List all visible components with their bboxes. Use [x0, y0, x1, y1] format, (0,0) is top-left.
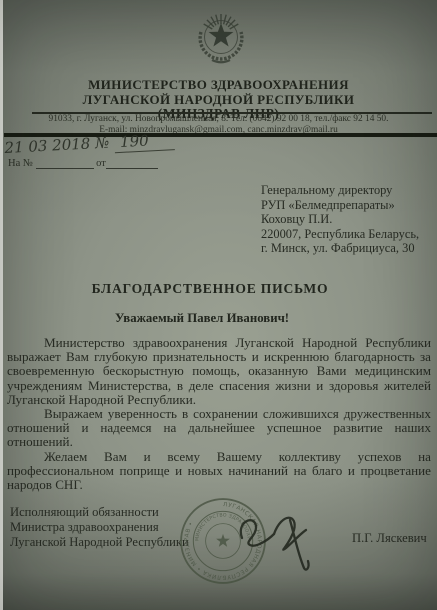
recipient-line: 220007, Республика Беларусь, [261, 227, 431, 242]
salutation: Уважаемый Павел Иванович! [0, 311, 404, 326]
letter-title: БЛАГОДАРСТВЕННОЕ ПИСЬМО [0, 281, 420, 297]
recipient-line: РУП «Белмедпрепараты» [261, 198, 431, 213]
recipient-line: Коховцу П.И. [261, 212, 431, 227]
reply-prefix: На № [8, 158, 33, 169]
recipient-line: г. Минск, ул. Фабрициуса, 30 [261, 241, 431, 256]
body-paragraph: Министерство здравоохранения Луганской Н… [7, 336, 431, 407]
handwritten-date: 21 03 2018 [4, 135, 91, 157]
org-name-line2: ЛУГАНСКОЙ НАРОДНОЙ РЕСПУБЛИКИ [0, 92, 437, 107]
recipient-line: Генеральному директору [261, 183, 431, 198]
reply-reference-line: На № от [8, 158, 158, 169]
body-paragraph: Выражаем уверенность в сохранении сложив… [7, 407, 431, 450]
handwritten-number: 190 [114, 130, 176, 153]
lnr-coat-of-arms-icon [192, 8, 250, 66]
reply-from-label: от [96, 158, 106, 169]
letter-body: Министерство здравоохранения Луганской Н… [7, 336, 431, 492]
recipient-block: Генеральному директору РУП «Белмедпрепар… [261, 183, 431, 256]
org-name-line1: МИНИСТЕРСТВО ЗДРАВООХРАНЕНИЯ [0, 77, 437, 92]
reply-date-blank [106, 158, 158, 169]
scanned-letter: МИНИСТЕРСТВО ЗДРАВООХРАНЕНИЯ ЛУГАНСКОЙ Н… [0, 0, 437, 610]
reply-number-blank [36, 158, 94, 169]
pen-signature [224, 498, 344, 578]
signer-name: П.Г. Ляскевич [352, 531, 427, 546]
body-paragraph: Желаем Вам и всему Вашему коллективу усп… [7, 450, 431, 493]
org-address: 91033, г. Луганск, ул. Новопромышленная,… [0, 114, 437, 125]
number-sign: № [95, 134, 110, 153]
